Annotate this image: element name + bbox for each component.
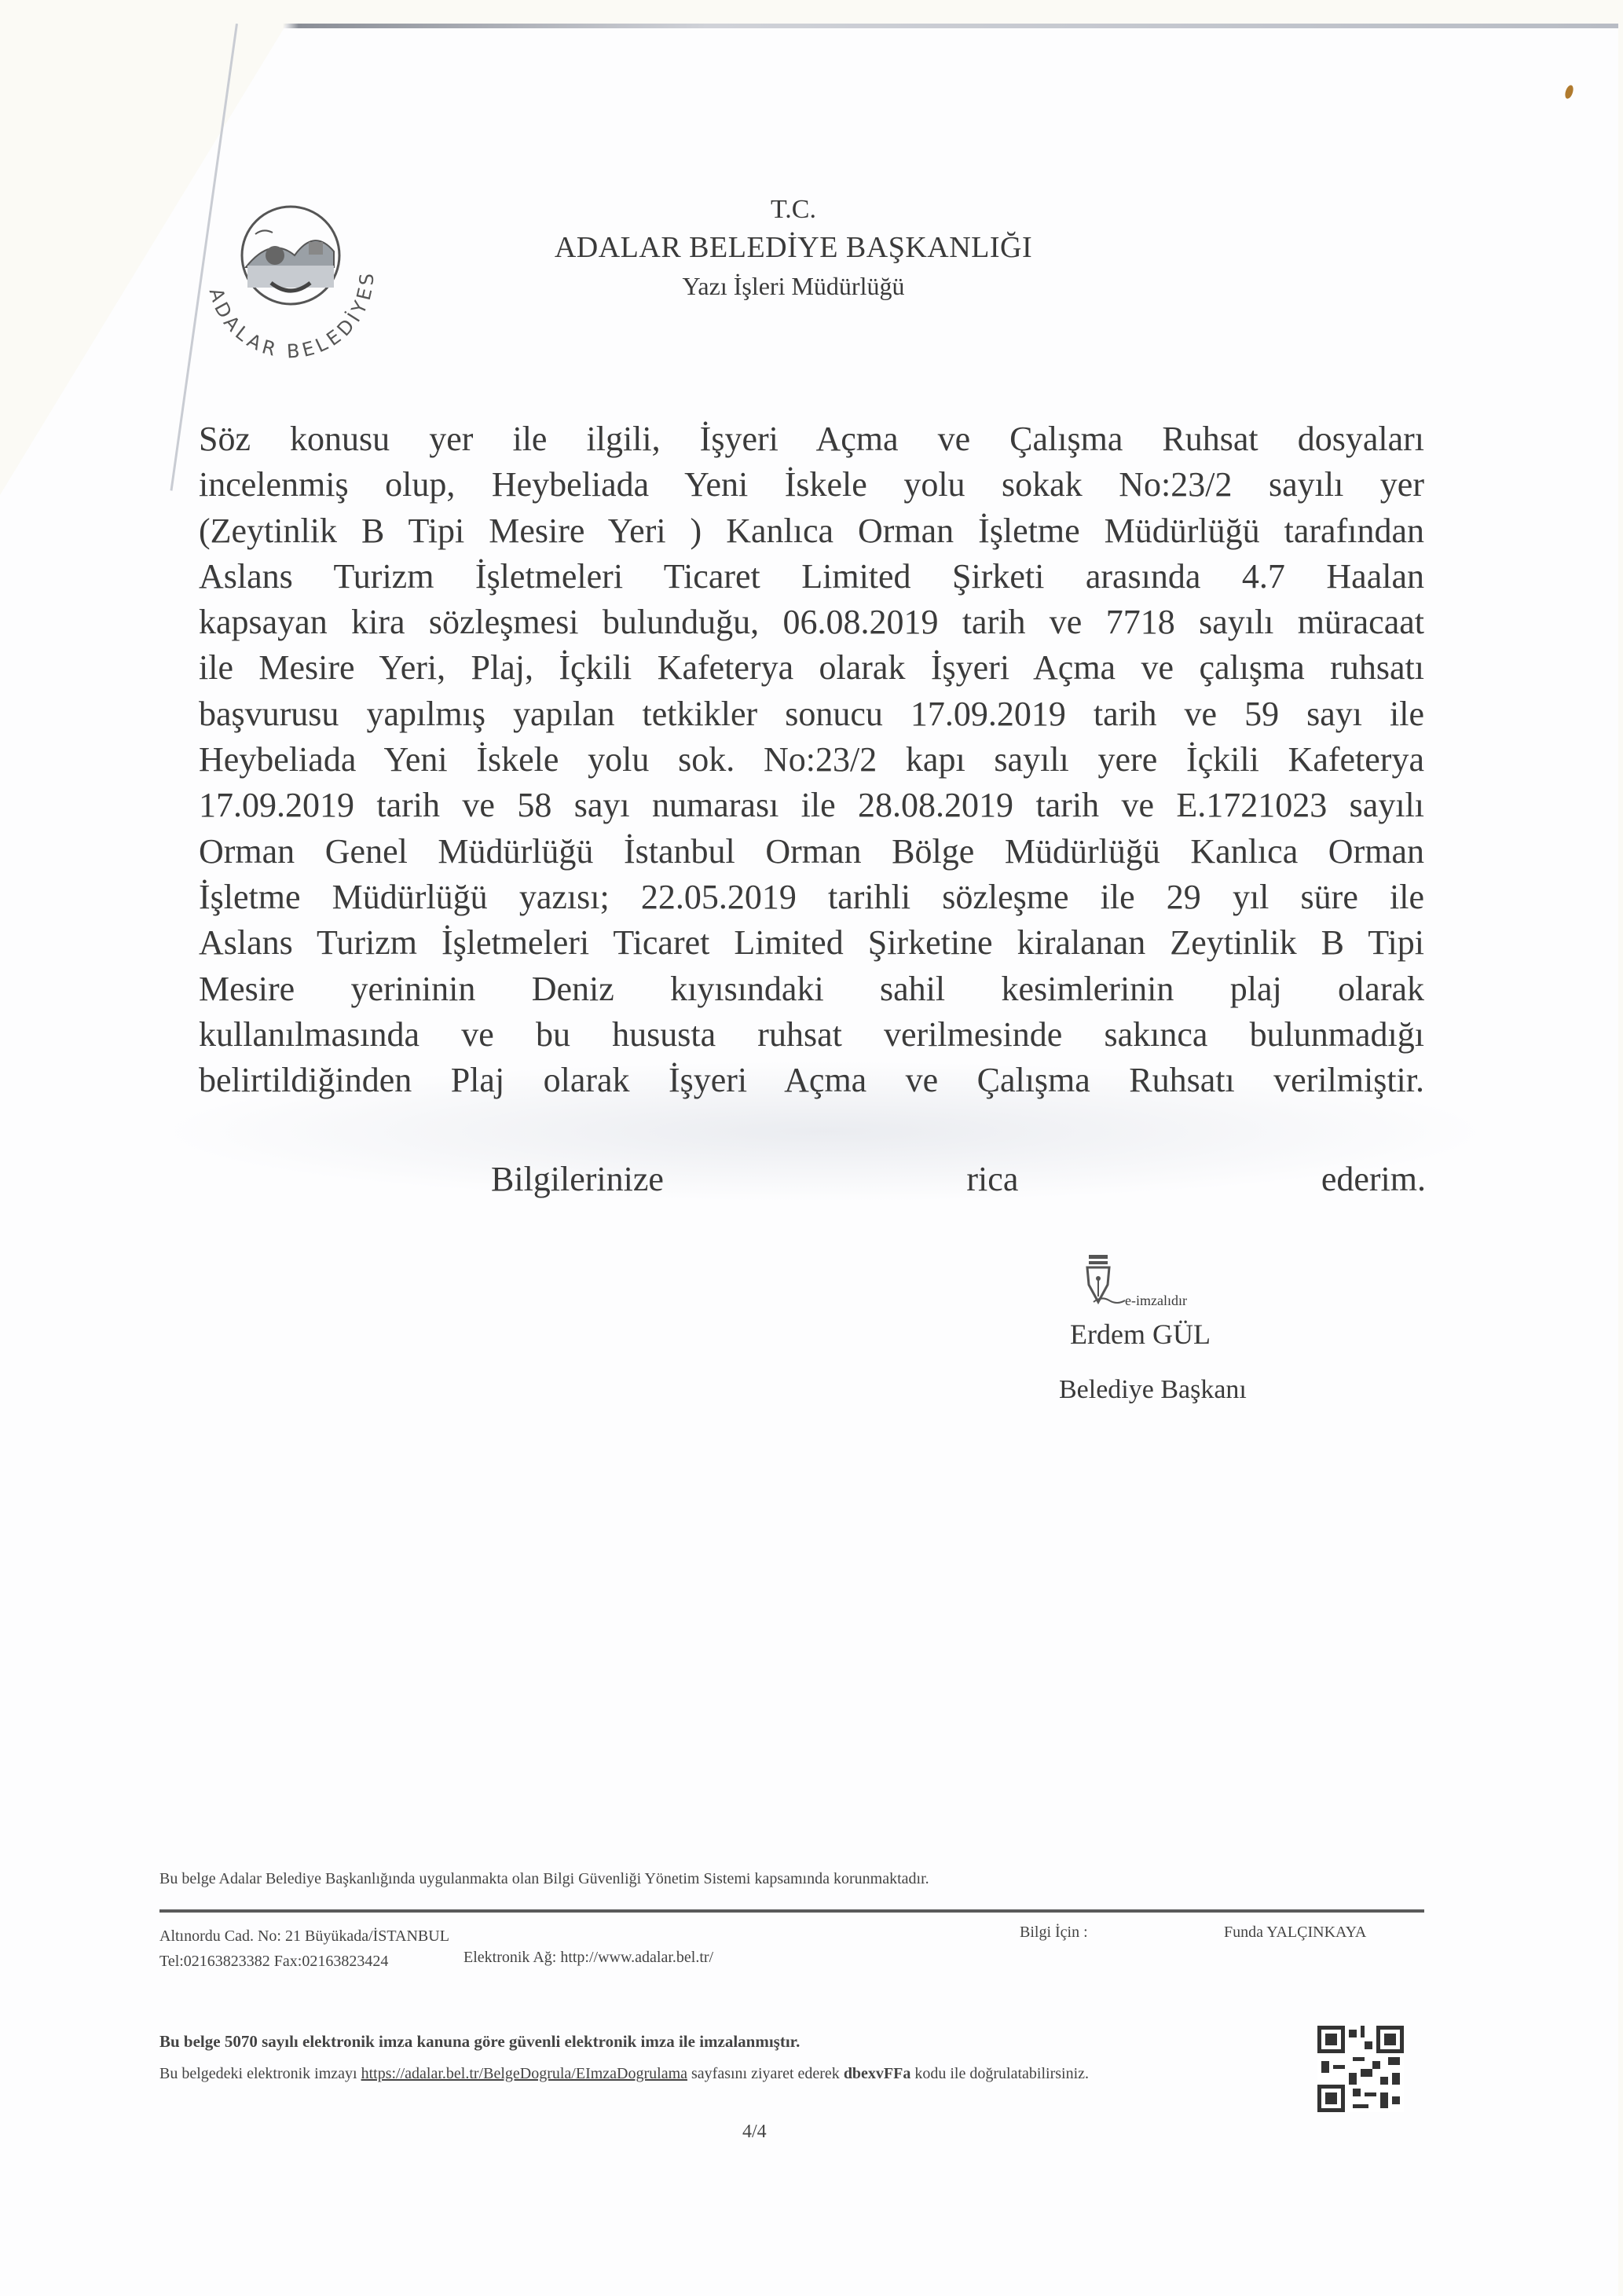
body-line: kapsayan kira sözleşmesi bulunduğu, 06.0… — [199, 600, 1424, 645]
website-link[interactable]: Elektronik Ağ: http://www.adalar.bel.tr/ — [463, 1949, 713, 1967]
body-line: 17.09.2019 tarih ve 58 sayı numarası ile… — [199, 783, 1424, 828]
security-notice: Bu belge Adalar Belediye Başkanlığında u… — [159, 1870, 929, 1888]
footer-divider — [159, 1909, 1424, 1913]
body-line: ile Mesire Yeri, Plaj, İçkili Kafeterya … — [199, 645, 1424, 691]
body-line: Söz konusu yer ile ilgili, İşyeri Açma v… — [199, 416, 1424, 462]
body-line: (Zeytinlik B Tipi Mesire Yeri ) Kanlıca … — [199, 508, 1424, 554]
qr-code-icon[interactable] — [1317, 2026, 1404, 2112]
address-text: Altınordu Cad. No: 21 Büyükada/İSTANBUL — [159, 1924, 449, 1949]
letter-body: Söz konusu yer ile ilgili, İşyeri Açma v… — [199, 416, 1424, 1103]
body-line: İşletme Müdürlüğü yazısı; 22.05.2019 tar… — [199, 875, 1424, 920]
body-line: belirtildiğinden Plaj olarak İşyeri Açma… — [199, 1058, 1424, 1103]
phone-fax-text: Tel:02163823382 Fax:02163823424 — [159, 1949, 449, 1974]
body-line: Mesire yerininin Deniz kıyısındaki sahil… — [199, 966, 1424, 1012]
e-signed-label: e-imzalıdır — [1125, 1293, 1187, 1309]
body-line: Aslans Turizm İşletmeleri Ticaret Limite… — [199, 554, 1424, 600]
page-number: 4/4 — [742, 2122, 767, 2143]
signer-title: Belediye Başkanı — [1059, 1375, 1247, 1405]
body-line: Aslans Turizm İşletmeleri Ticaret Limite… — [199, 920, 1424, 966]
verification-instructions: Bu belgedeki elektronik imzayı https://a… — [159, 2063, 1244, 2084]
signature-stroke — [1092, 1294, 1127, 1307]
footer-address: Altınordu Cad. No: 21 Büyükada/İSTANBUL … — [159, 1924, 449, 1974]
verify-mid: sayfasını ziyaret ederek — [687, 2065, 844, 2082]
letterhead-department: Yazı İşleri Müdürlüğü — [503, 268, 1084, 304]
body-line: kullanılmasında ve bu hususta ruhsat ver… — [199, 1012, 1424, 1058]
body-line: Heybeliada Yeni İskele yolu sok. No:23/2… — [199, 737, 1424, 783]
verification-code: dbexvFFa — [844, 2065, 911, 2082]
closing-word: Bilgilerinize — [491, 1159, 664, 1199]
letterhead: T.C. ADALAR BELEDİYE BAŞKANLIĞI Yazı İşl… — [503, 193, 1084, 304]
letterhead-tc: T.C. — [503, 193, 1084, 227]
body-line: incelenmiş olup, Heybeliada Yeni İskele … — [199, 462, 1424, 508]
info-contact-label: Bilgi İçin : — [1020, 1924, 1088, 1942]
signer-name: Erdem GÜL — [1070, 1318, 1211, 1351]
page-top-edge — [0, 24, 1618, 28]
closing-word: rica — [966, 1159, 1018, 1199]
closing-word: ederim. — [1321, 1159, 1426, 1199]
e-signature-statement: Bu belge 5070 sayılı elektronik imza kan… — [159, 2032, 800, 2052]
letterhead-organization: ADALAR BELEDİYE BAŞKANLIĞI — [503, 227, 1084, 268]
body-line: başvurusu yapılmış yapılan tetkikler son… — [199, 691, 1424, 737]
closing-line: Bilgilerinize rica ederim. — [491, 1159, 1426, 1199]
verify-suffix: kodu ile doğrulatabilirsiniz. — [910, 2065, 1089, 2082]
info-contact-name: Funda YALÇINKAYA — [1224, 1924, 1366, 1942]
body-line: Orman Genel Müdürlüğü İstanbul Orman Böl… — [199, 829, 1424, 875]
municipality-seal-icon: ADALAR BELEDİYESİ — [177, 181, 405, 369]
verify-prefix: Bu belgedeki elektronik imzayı — [159, 2065, 361, 2082]
verification-link[interactable]: https://adalar.bel.tr/BelgeDogrula/EImza… — [361, 2065, 687, 2082]
